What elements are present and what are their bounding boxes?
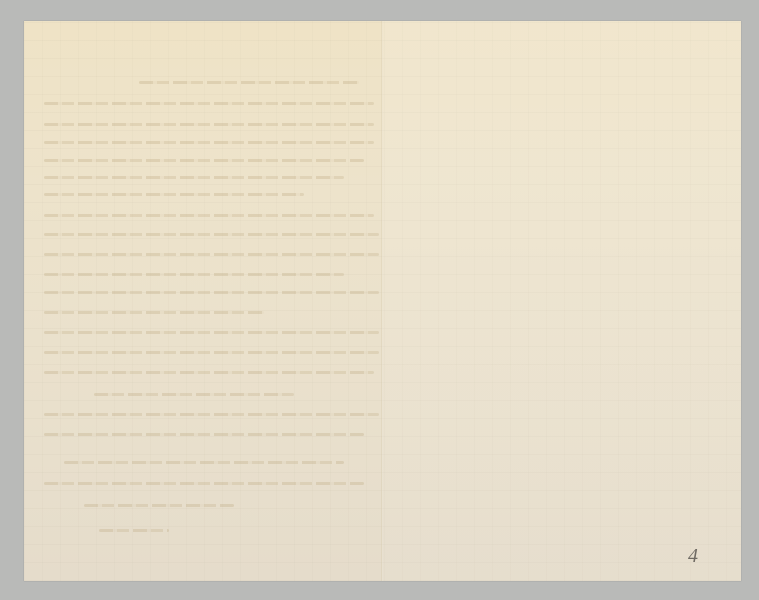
letter-sheet: [24, 21, 741, 581]
text-line: [44, 311, 264, 314]
page-number: 4: [688, 545, 698, 568]
text-line: [44, 233, 379, 236]
text-line: [44, 193, 304, 196]
text-line: [44, 253, 379, 256]
text-line: [44, 291, 379, 294]
text-line: [44, 273, 344, 276]
text-line: [94, 393, 294, 396]
text-line: [139, 81, 359, 84]
text-line: [44, 159, 364, 162]
text-line: [44, 123, 374, 126]
text-line: [44, 433, 364, 436]
right-page-blank: [383, 21, 741, 581]
text-line: [64, 461, 344, 464]
text-line: [44, 214, 374, 217]
text-line: [44, 371, 374, 374]
text-line: [84, 504, 234, 507]
text-line: [44, 351, 379, 354]
text-line: [44, 482, 364, 485]
text-line: [44, 331, 379, 334]
text-line: [44, 176, 344, 179]
left-page-bleed-through-text: [24, 21, 384, 581]
text-line: [44, 102, 374, 105]
text-line: [44, 413, 379, 416]
text-line: [44, 141, 374, 144]
signature-line: [99, 529, 169, 532]
